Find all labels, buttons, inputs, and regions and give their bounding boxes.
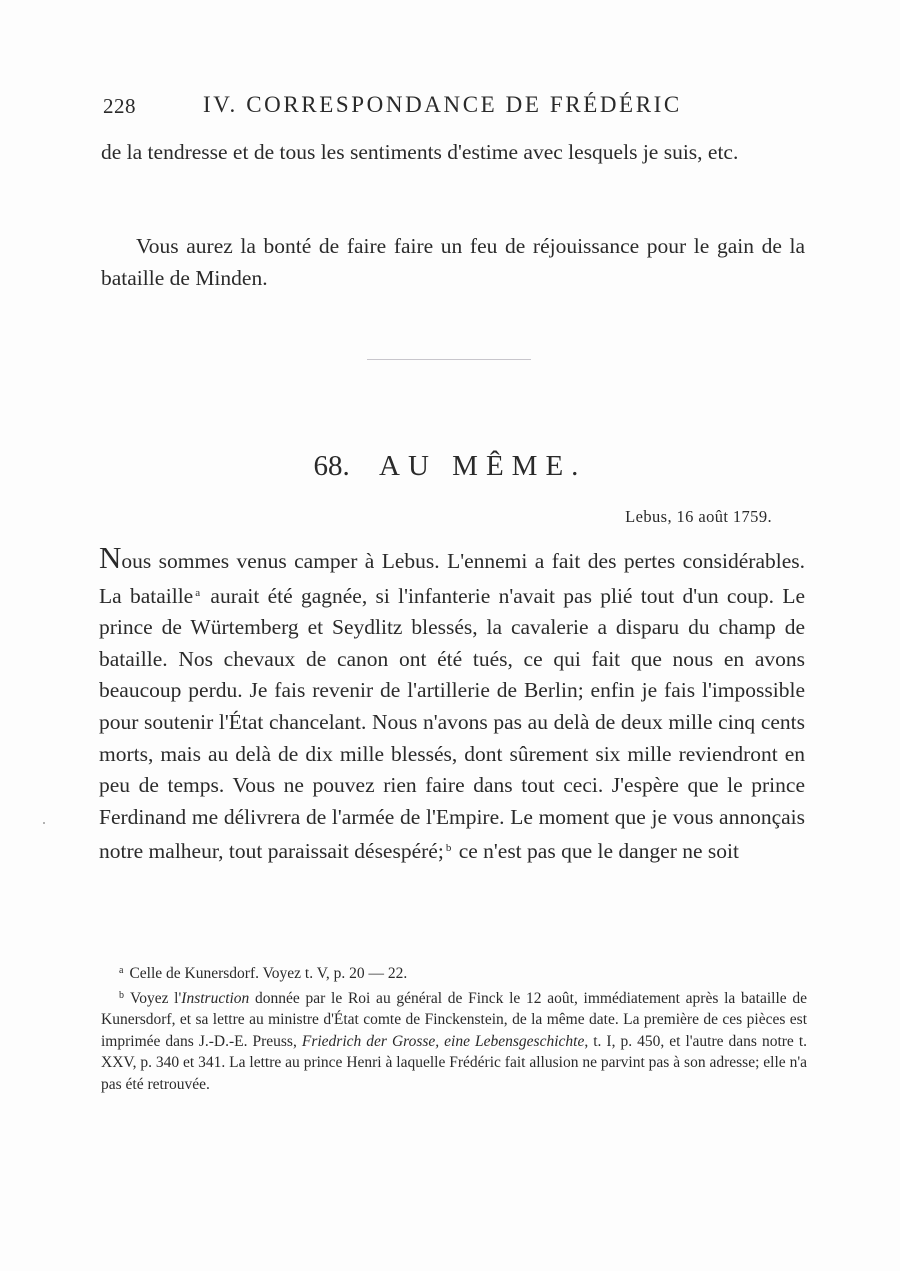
drop-cap: N — [99, 540, 121, 575]
footnote-italic-title: Instruction — [181, 990, 249, 1007]
previous-letter-postscript: Vous aurez la bonté de faire faire un fe… — [101, 231, 805, 294]
running-title: IV. CORRESPONDANCE DE FRÉDÉRIC — [203, 92, 682, 118]
running-head: 228 IV. CORRESPONDANCE DE FRÉDÉRIC — [103, 92, 803, 122]
page-number: 228 — [103, 94, 136, 119]
letter-number: 68. — [314, 450, 350, 482]
section-divider — [367, 359, 531, 360]
letter-body-text-3: ce n'est pas que le danger ne soit — [453, 839, 739, 863]
letter-body: Nous sommes venus camper à Lebus. L'enne… — [99, 546, 805, 868]
footnote-ref-b[interactable]: b — [446, 842, 452, 854]
footnote-mark: b — [119, 990, 124, 1001]
footnotes: aCelle de Kunersdorf. Voyez t. V, p. 20 … — [101, 960, 807, 1096]
footnote-text: Voyez l' — [130, 990, 181, 1007]
footnote-b: bVoyez l'Instruction donnée par le Roi a… — [101, 985, 807, 1096]
footnote-mark: a — [119, 965, 123, 976]
letter-body-text-2: aurait été gagnée, si l'infanterie n'ava… — [99, 584, 805, 864]
book-page: 228 IV. CORRESPONDANCE DE FRÉDÉRIC de la… — [0, 0, 900, 1271]
letter-dateline: Lebus, 16 août 1759. — [625, 507, 772, 527]
footnote-ref-a[interactable]: a — [195, 587, 200, 599]
letter-heading: 68. AU MÊME. — [0, 450, 900, 483]
footnote-a: aCelle de Kunersdorf. Voyez t. V, p. 20 … — [101, 960, 807, 985]
footnote-italic-title: Friedrich der Grosse, eine Lebensgeschic… — [302, 1033, 584, 1050]
scan-speck — [43, 822, 45, 824]
previous-letter-closing: de la tendresse et de tous les sentiment… — [101, 137, 805, 169]
letter-title: AU MÊME. — [379, 450, 586, 482]
footnote-text: Celle de Kunersdorf. Voyez t. V, p. 20 —… — [129, 965, 407, 982]
